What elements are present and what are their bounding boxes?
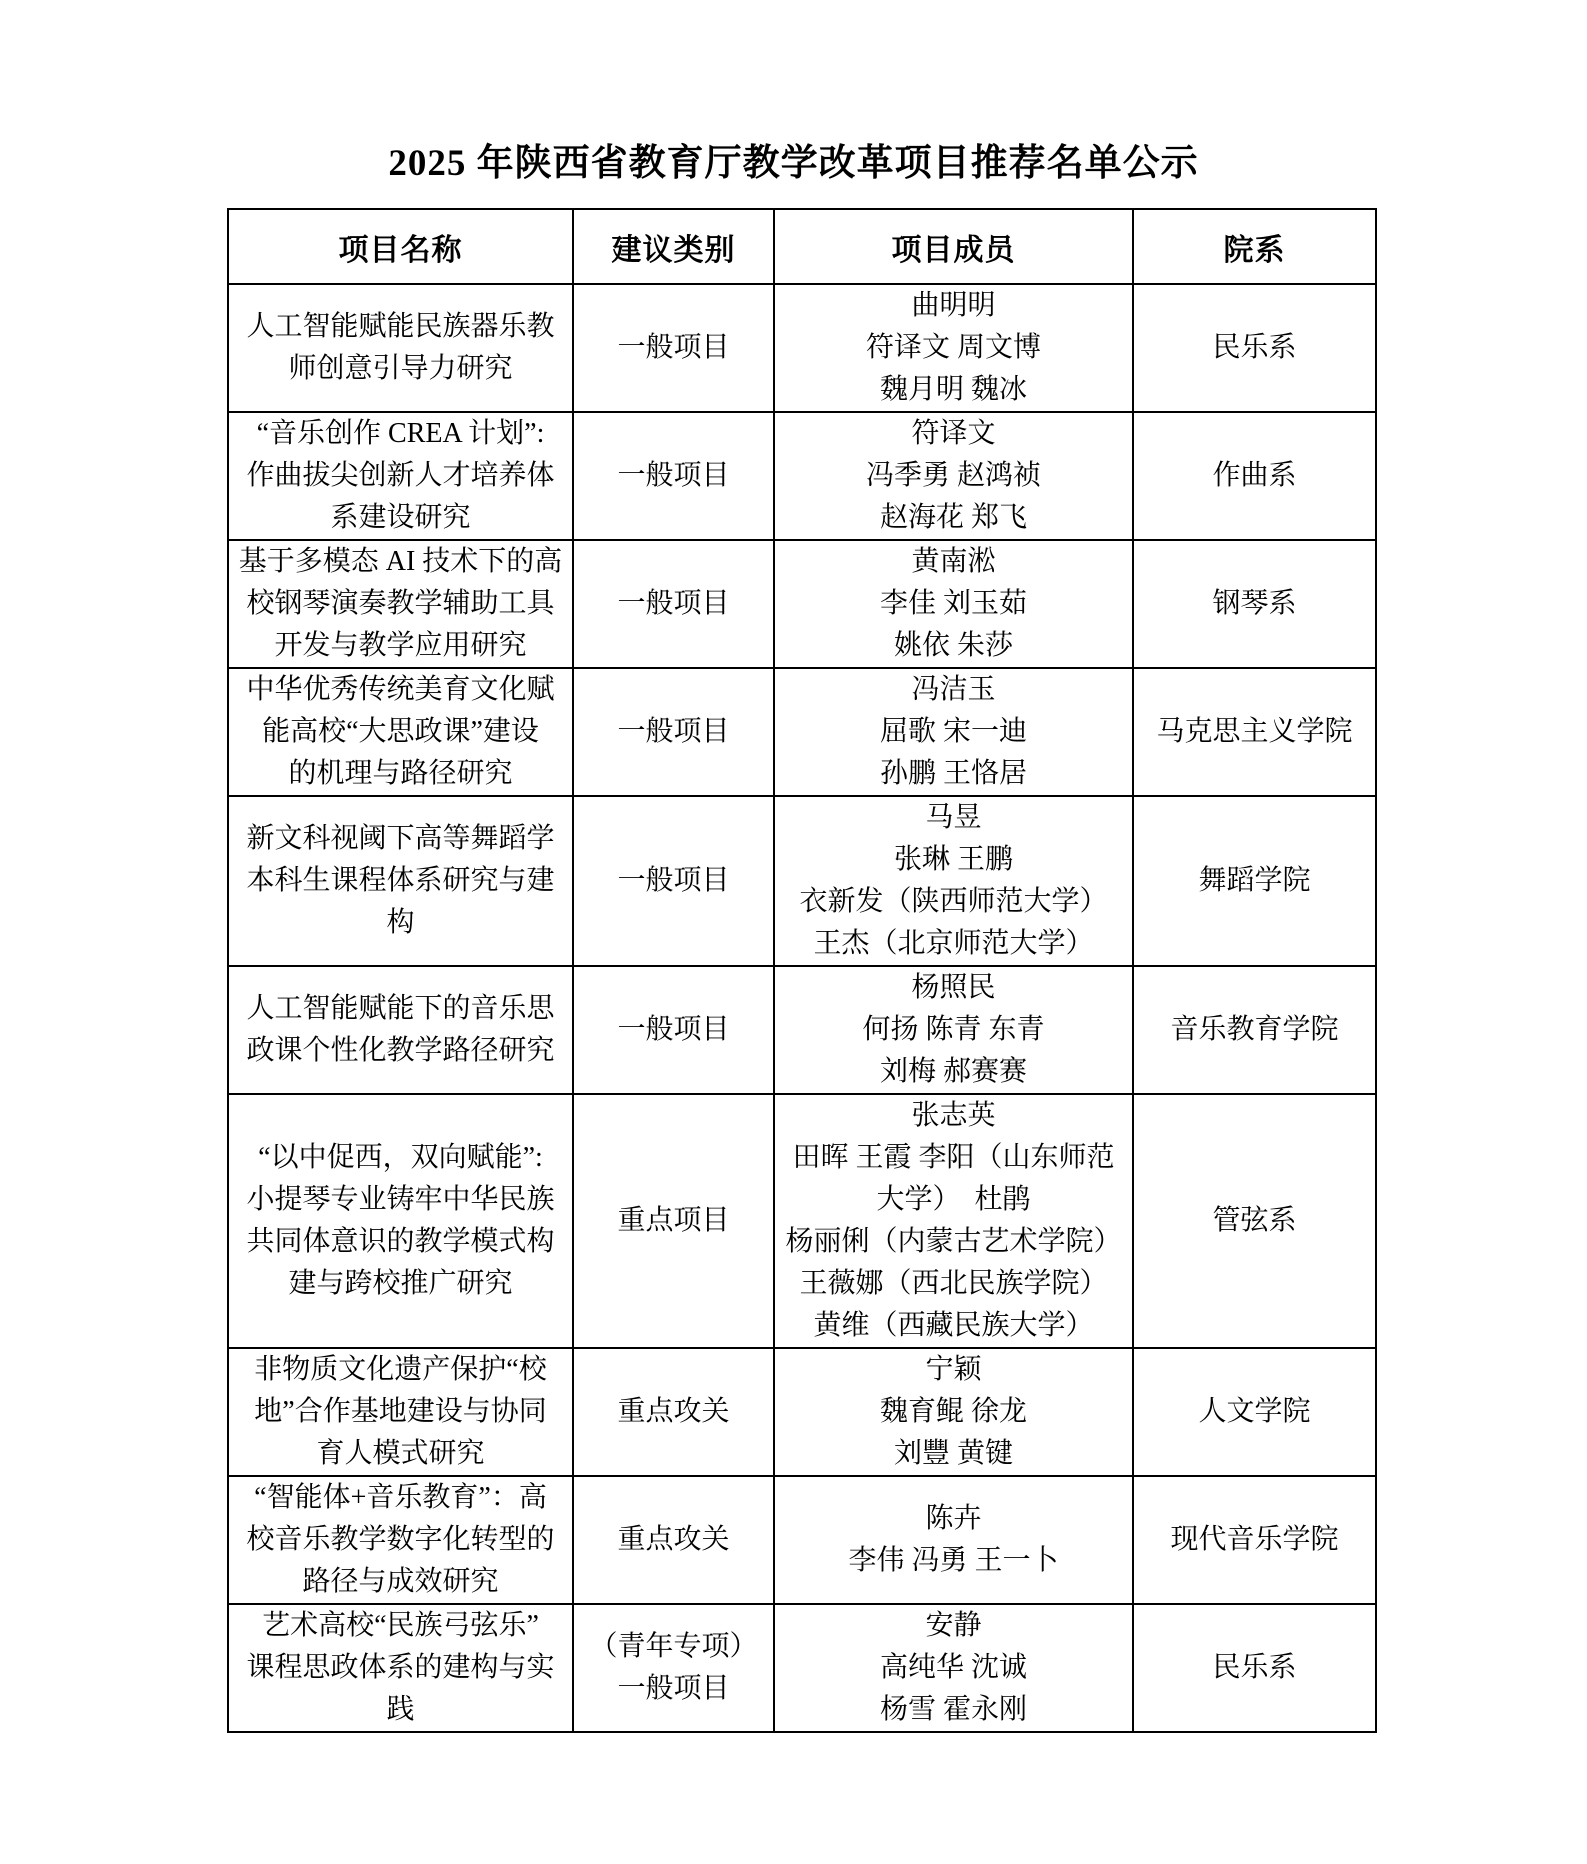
project-name-line: 构 (229, 902, 572, 944)
department-cell: 管弦系 (1133, 1094, 1376, 1348)
member-line: 黄南淞 (775, 541, 1132, 583)
category-cell: 一般项目 (573, 284, 774, 412)
member-line: 曲明明 (775, 285, 1132, 327)
member-line: 魏育鲲 徐龙 (775, 1391, 1132, 1433)
project-name-line: 人工智能赋能下的音乐思 (229, 988, 572, 1030)
member-line: 杨丽俐（内蒙古艺术学院） (775, 1221, 1132, 1263)
department-cell: 马克思主义学院 (1133, 668, 1376, 796)
category-line: 一般项目 (574, 860, 773, 902)
project-name-line: 艺术高校“民族弓弦乐” (229, 1605, 572, 1647)
department-text: 马克思主义学院 (1134, 711, 1375, 753)
header-row: 项目名称 建议类别 项目成员 院系 (228, 209, 1376, 284)
project-name-line: 基于多模态 AI 技术下的高 (229, 541, 572, 583)
member-line: 符译文 周文博 (775, 327, 1132, 369)
member-line: 安静 (775, 1605, 1132, 1647)
project-name-cell: 新文科视阈下高等舞蹈学本科生课程体系研究与建构 (228, 796, 573, 966)
table-row: 艺术高校“民族弓弦乐”课程思政体系的建构与实践（青年专项）一般项目安静高纯华 沈… (228, 1604, 1376, 1732)
table-row: 非物质文化遗产保护“校地”合作基地建设与协同育人模式研究重点攻关宁颖魏育鲲 徐龙… (228, 1348, 1376, 1476)
project-name-line: 小提琴专业铸牢中华民族 (229, 1179, 572, 1221)
project-name-line: 政课个性化教学路径研究 (229, 1030, 572, 1072)
project-name-cell: “智能体+音乐教育”：高校音乐教学数字化转型的路径与成效研究 (228, 1476, 573, 1604)
department-text: 作曲系 (1134, 455, 1375, 497)
table-row: 人工智能赋能下的音乐思政课个性化教学路径研究一般项目杨照民何扬 陈青 东青刘梅 … (228, 966, 1376, 1094)
member-line: 屈歌 宋一迪 (775, 711, 1132, 753)
category-cell: 重点攻关 (573, 1476, 774, 1604)
project-name-line: 建与跨校推广研究 (229, 1263, 572, 1305)
department-text: 民乐系 (1134, 1647, 1375, 1689)
document-page: 2025 年陕西省教育厅教学改革项目推荐名单公示 项目名称 建议类别 项目成员 … (0, 0, 1587, 1864)
table-row: “智能体+音乐教育”：高校音乐教学数字化转型的路径与成效研究重点攻关陈卉李伟 冯… (228, 1476, 1376, 1604)
member-line: 宁颖 (775, 1349, 1132, 1391)
member-line: 姚依 朱莎 (775, 625, 1132, 667)
project-name-line: 的机理与路径研究 (229, 753, 572, 795)
project-name-line: 系建设研究 (229, 497, 572, 539)
project-name-line: 课程思政体系的建构与实 (229, 1647, 572, 1689)
member-line: 魏月明 魏冰 (775, 369, 1132, 411)
column-header-members: 项目成员 (774, 209, 1133, 284)
member-line: 张琳 王鹏 (775, 839, 1132, 881)
department-text: 钢琴系 (1134, 583, 1375, 625)
category-line: （青年专项） (574, 1626, 773, 1668)
column-header-project-name: 项目名称 (228, 209, 573, 284)
members-cell: 曲明明符译文 周文博魏月明 魏冰 (774, 284, 1133, 412)
project-name-cell: 人工智能赋能下的音乐思政课个性化教学路径研究 (228, 966, 573, 1094)
member-line: 冯季勇 赵鸿祯 (775, 455, 1132, 497)
project-name-cell: 非物质文化遗产保护“校地”合作基地建设与协同育人模式研究 (228, 1348, 573, 1476)
project-name-line: 开发与教学应用研究 (229, 625, 572, 667)
members-cell: 杨照民何扬 陈青 东青刘梅 郝赛赛 (774, 966, 1133, 1094)
members-cell: 陈卉李伟 冯勇 王一卜 (774, 1476, 1133, 1604)
project-name-line: 能高校“大思政课”建设 (229, 711, 572, 753)
department-cell: 民乐系 (1133, 1604, 1376, 1732)
project-name-line: 非物质文化遗产保护“校 (229, 1349, 572, 1391)
department-cell: 民乐系 (1133, 284, 1376, 412)
project-name-line: 地”合作基地建设与协同 (229, 1391, 572, 1433)
member-line: 刘梅 郝赛赛 (775, 1051, 1132, 1093)
project-name-line: 新文科视阈下高等舞蹈学 (229, 818, 572, 860)
category-line: 重点攻关 (574, 1519, 773, 1561)
project-name-line: 践 (229, 1689, 572, 1731)
project-name-cell: 中华优秀传统美育文化赋能高校“大思政课”建设的机理与路径研究 (228, 668, 573, 796)
category-line: 一般项目 (574, 1009, 773, 1051)
department-text: 舞蹈学院 (1134, 860, 1375, 902)
category-cell: 一般项目 (573, 796, 774, 966)
category-line: 重点项目 (574, 1200, 773, 1242)
member-line: 高纯华 沈诚 (775, 1647, 1132, 1689)
member-line: 孙鹏 王恪居 (775, 753, 1132, 795)
member-line: 黄维（西藏民族大学） (775, 1305, 1132, 1347)
member-line: 刘豐 黄键 (775, 1433, 1132, 1475)
project-name-line: 作曲拔尖创新人才培养体 (229, 455, 572, 497)
member-line: 何扬 陈青 东青 (775, 1009, 1132, 1051)
members-cell: 黄南淞李佳 刘玉茹姚依 朱莎 (774, 540, 1133, 668)
projects-table: 项目名称 建议类别 项目成员 院系 人工智能赋能民族器乐教师创意引导力研究一般项… (227, 208, 1377, 1733)
category-cell: （青年专项）一般项目 (573, 1604, 774, 1732)
member-line: 冯洁玉 (775, 669, 1132, 711)
member-line: 马昱 (775, 797, 1132, 839)
table-row: “音乐创作 CREA 计划”:作曲拔尖创新人才培养体系建设研究一般项目符译文冯季… (228, 412, 1376, 540)
member-line: 大学） 杜鹃 (775, 1179, 1132, 1221)
member-line: 赵海花 郑飞 (775, 497, 1132, 539)
member-line: 陈卉 (775, 1498, 1132, 1540)
project-name-cell: 基于多模态 AI 技术下的高校钢琴演奏教学辅助工具开发与教学应用研究 (228, 540, 573, 668)
member-line: 衣新发（陕西师范大学） (775, 881, 1132, 923)
department-text: 管弦系 (1134, 1200, 1375, 1242)
category-line: 重点攻关 (574, 1391, 773, 1433)
project-name-line: 校音乐教学数字化转型的 (229, 1519, 572, 1561)
member-line: 杨雪 霍永刚 (775, 1689, 1132, 1731)
department-cell: 钢琴系 (1133, 540, 1376, 668)
department-cell: 音乐教育学院 (1133, 966, 1376, 1094)
department-cell: 现代音乐学院 (1133, 1476, 1376, 1604)
category-cell: 一般项目 (573, 540, 774, 668)
project-name-line: 校钢琴演奏教学辅助工具 (229, 583, 572, 625)
project-name-line: 路径与成效研究 (229, 1561, 572, 1603)
project-name-line: “音乐创作 CREA 计划”: (229, 413, 572, 455)
member-line: 李伟 冯勇 王一卜 (775, 1540, 1132, 1582)
category-line: 一般项目 (574, 1668, 773, 1710)
department-cell: 人文学院 (1133, 1348, 1376, 1476)
department-text: 音乐教育学院 (1134, 1009, 1375, 1051)
project-name-line: 本科生课程体系研究与建 (229, 860, 572, 902)
project-name-cell: “以中促西，双向赋能”:小提琴专业铸牢中华民族共同体意识的教学模式构建与跨校推广… (228, 1094, 573, 1348)
table-row: 新文科视阈下高等舞蹈学本科生课程体系研究与建构一般项目马昱张琳 王鹏衣新发（陕西… (228, 796, 1376, 966)
department-cell: 舞蹈学院 (1133, 796, 1376, 966)
column-header-category: 建议类别 (573, 209, 774, 284)
members-cell: 安静高纯华 沈诚杨雪 霍永刚 (774, 1604, 1133, 1732)
column-header-department: 院系 (1133, 209, 1376, 284)
category-cell: 一般项目 (573, 966, 774, 1094)
project-name-line: 人工智能赋能民族器乐教 (229, 306, 572, 348)
category-line: 一般项目 (574, 455, 773, 497)
members-cell: 马昱张琳 王鹏衣新发（陕西师范大学）王杰（北京师范大学） (774, 796, 1133, 966)
project-name-line: 育人模式研究 (229, 1433, 572, 1475)
member-line: 李佳 刘玉茹 (775, 583, 1132, 625)
member-line: 田晖 王霞 李阳（山东师范 (775, 1137, 1132, 1179)
category-line: 一般项目 (574, 583, 773, 625)
project-name-line: “以中促西，双向赋能”: (229, 1137, 572, 1179)
project-name-cell: “音乐创作 CREA 计划”:作曲拔尖创新人才培养体系建设研究 (228, 412, 573, 540)
table-row: “以中促西，双向赋能”:小提琴专业铸牢中华民族共同体意识的教学模式构建与跨校推广… (228, 1094, 1376, 1348)
project-name-line: “智能体+音乐教育”：高 (229, 1477, 572, 1519)
category-cell: 一般项目 (573, 668, 774, 796)
members-cell: 宁颖魏育鲲 徐龙刘豐 黄键 (774, 1348, 1133, 1476)
members-cell: 冯洁玉屈歌 宋一迪孙鹏 王恪居 (774, 668, 1133, 796)
document-title: 2025 年陕西省教育厅教学改革项目推荐名单公示 (0, 0, 1587, 187)
department-text: 民乐系 (1134, 327, 1375, 369)
category-cell: 重点攻关 (573, 1348, 774, 1476)
members-cell: 张志英田晖 王霞 李阳（山东师范大学） 杜鹃杨丽俐（内蒙古艺术学院）王薇娜（西北… (774, 1094, 1133, 1348)
table-row: 基于多模态 AI 技术下的高校钢琴演奏教学辅助工具开发与教学应用研究一般项目黄南… (228, 540, 1376, 668)
project-name-line: 师创意引导力研究 (229, 348, 572, 390)
department-text: 现代音乐学院 (1134, 1519, 1375, 1561)
project-name-cell: 艺术高校“民族弓弦乐”课程思政体系的建构与实践 (228, 1604, 573, 1732)
member-line: 王杰（北京师范大学） (775, 923, 1132, 965)
member-line: 王薇娜（西北民族学院） (775, 1263, 1132, 1305)
project-name-line: 共同体意识的教学模式构 (229, 1221, 572, 1263)
member-line: 杨照民 (775, 967, 1132, 1009)
members-cell: 符译文冯季勇 赵鸿祯赵海花 郑飞 (774, 412, 1133, 540)
member-line: 符译文 (775, 413, 1132, 455)
project-name-line: 中华优秀传统美育文化赋 (229, 669, 572, 711)
table-row: 人工智能赋能民族器乐教师创意引导力研究一般项目曲明明符译文 周文博魏月明 魏冰民… (228, 284, 1376, 412)
department-cell: 作曲系 (1133, 412, 1376, 540)
member-line: 张志英 (775, 1095, 1132, 1137)
department-text: 人文学院 (1134, 1391, 1375, 1433)
category-cell: 一般项目 (573, 412, 774, 540)
project-name-cell: 人工智能赋能民族器乐教师创意引导力研究 (228, 284, 573, 412)
category-line: 一般项目 (574, 711, 773, 753)
table-row: 中华优秀传统美育文化赋能高校“大思政课”建设的机理与路径研究一般项目冯洁玉屈歌 … (228, 668, 1376, 796)
category-line: 一般项目 (574, 327, 773, 369)
category-cell: 重点项目 (573, 1094, 774, 1348)
